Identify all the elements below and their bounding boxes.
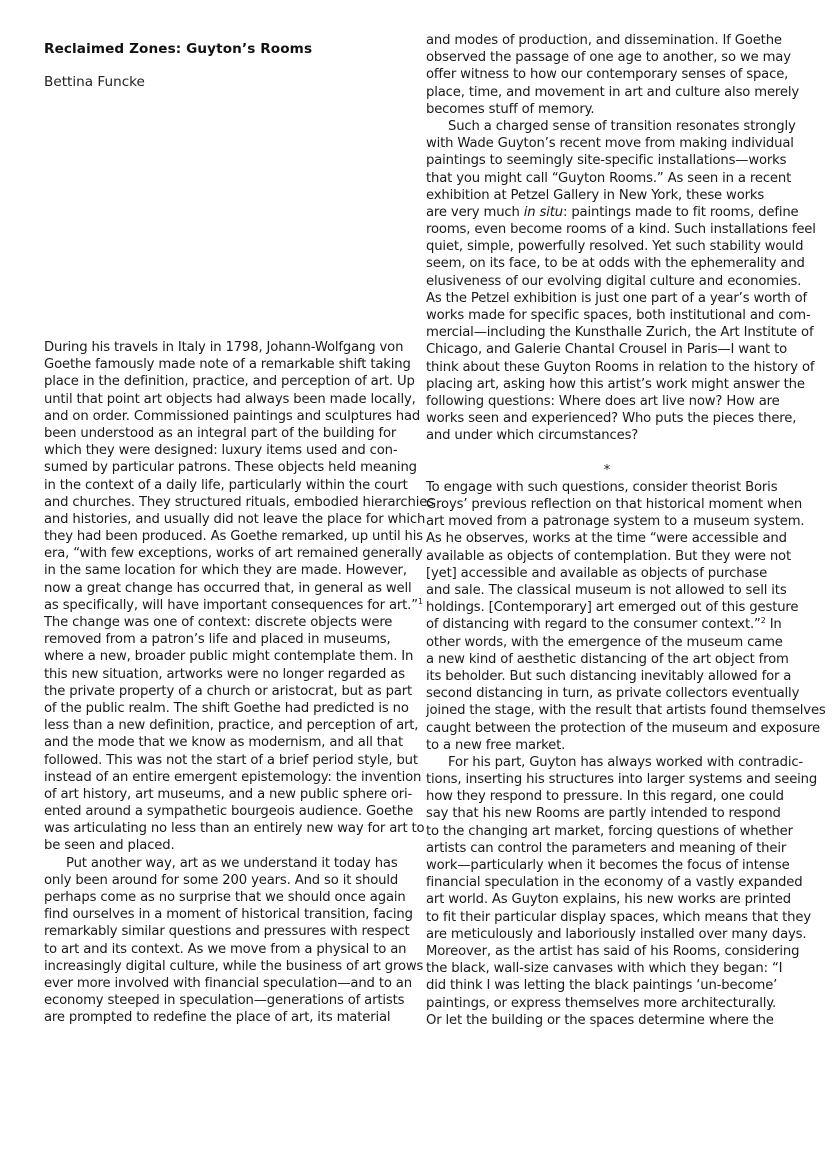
body-line: removed from a patron’s life and placed … xyxy=(44,631,414,648)
body-line: say that his new Rooms are partly intend… xyxy=(426,805,796,822)
body-line: work—particularly when it becomes the fo… xyxy=(426,857,796,874)
body-line-footnote: as specifically, will have important con… xyxy=(44,597,414,614)
body-line: with Wade Guyton’s recent move from maki… xyxy=(426,135,796,152)
body-line: paintings to seemingly site-specific ins… xyxy=(426,152,796,169)
body-line: was articulating no less than an entirel… xyxy=(44,820,414,837)
body-line: be seen and placed. xyxy=(44,837,414,854)
body-line: think about these Guyton Rooms in relati… xyxy=(426,359,796,376)
body-line: in the context of a daily life, particul… xyxy=(44,477,414,494)
right-column: and modes of production, and disseminati… xyxy=(426,32,796,1029)
body-line: works made for specific spaces, both ins… xyxy=(426,307,796,324)
body-line: Goethe famously made note of a remarkabl… xyxy=(44,356,414,373)
body-line: which they were designed: luxury items u… xyxy=(44,442,414,459)
body-line: As he observes, works at the time “were … xyxy=(426,530,796,547)
body-line: instead of an entire emergent epistemolo… xyxy=(44,769,414,786)
body-line: available as objects of contemplation. B… xyxy=(426,548,796,565)
body-line: place, time, and movement in art and cul… xyxy=(426,84,796,101)
body-line: and sale. The classical museum is not al… xyxy=(426,582,796,599)
body-line: to a new free market. xyxy=(426,737,796,754)
left-column: During his travels in Italy in 1798, Joh… xyxy=(44,339,414,1027)
body-line: and on order. Commissioned paintings and… xyxy=(44,408,414,425)
document-page: Reclaimed Zones: Guyton’s Rooms Bettina … xyxy=(0,0,832,1160)
body-line: the private property of a church or aris… xyxy=(44,683,414,700)
body-line: quiet, simple, powerfully resolved. Yet … xyxy=(426,238,796,255)
body-line: becomes stuff of memory. xyxy=(426,101,796,118)
body-line: economy steeped in speculation—generatio… xyxy=(44,992,414,1009)
body-line: other words, with the emergence of the m… xyxy=(426,634,796,651)
body-line: [yet] accessible and available as object… xyxy=(426,565,796,582)
body-line: ever more involved with financial specul… xyxy=(44,975,414,992)
body-line: and under which circumstances? xyxy=(426,427,796,444)
body-line: its beholder. But such distancing inevit… xyxy=(426,668,796,685)
body-line: elusiveness of our evolving digital cult… xyxy=(426,273,796,290)
body-line: Chicago, and Galerie Chantal Crousel in … xyxy=(426,341,796,358)
body-line: are prompted to redefine the place of ar… xyxy=(44,1009,414,1026)
body-line: second distancing in turn, as private co… xyxy=(426,685,796,702)
footnote-ref-1: 1 xyxy=(418,597,423,606)
body-line: the black, wall-size canvases with which… xyxy=(426,960,796,977)
italic-term: in situ xyxy=(524,205,563,220)
paragraph-start-line: For his part, Guyton has always worked w… xyxy=(426,754,796,771)
spacer xyxy=(426,445,796,462)
body-line: they had been produced. As Goethe remark… xyxy=(44,528,414,545)
body-line: offer witness to how our contemporary se… xyxy=(426,66,796,83)
body-line: era, “with few exceptions, works of art … xyxy=(44,545,414,562)
body-line: works seen and experienced? Who puts the… xyxy=(426,410,796,427)
body-line: placing art, asking how this artist’s wo… xyxy=(426,376,796,393)
section-break-asterisk: * xyxy=(426,462,788,479)
body-line: artists can control the parameters and m… xyxy=(426,840,796,857)
body-line: that you might call “Guyton Rooms.” As s… xyxy=(426,170,796,187)
body-line: Or let the building or the spaces determ… xyxy=(426,1012,796,1029)
body-line: sumed by particular patrons. These objec… xyxy=(44,459,414,476)
body-line: less than a new definition, practice, an… xyxy=(44,717,414,734)
body-line: financial speculation in the economy of … xyxy=(426,874,796,891)
body-line: of the public realm. The shift Goethe ha… xyxy=(44,700,414,717)
body-line-italic: are very much in situ: paintings made to… xyxy=(426,204,796,221)
body-line: to the changing art market, forcing ques… xyxy=(426,823,796,840)
body-line: To engage with such questions, consider … xyxy=(426,479,796,496)
body-line: During his travels in Italy in 1798, Joh… xyxy=(44,339,414,356)
body-line: Moreover, as the artist has said of his … xyxy=(426,943,796,960)
body-line: mercial—including the Kunsthalle Zurich,… xyxy=(426,324,796,341)
paragraph-start-line: Put another way, art as we understand it… xyxy=(44,855,414,872)
body-line: remarkably similar questions and pressur… xyxy=(44,923,414,940)
body-line: art moved from a patronage system to a m… xyxy=(426,513,796,530)
body-line: and modes of production, and disseminati… xyxy=(426,32,796,49)
body-line: find ourselves in a moment of historical… xyxy=(44,906,414,923)
body-line: in the same location for which they are … xyxy=(44,562,414,579)
body-line: caught between the protection of the mus… xyxy=(426,720,796,737)
article-author: Bettina Funcke xyxy=(44,74,145,90)
body-line: and the mode that we know as modernism, … xyxy=(44,734,414,751)
body-line: perhaps come as no surprise that we shou… xyxy=(44,889,414,906)
body-line: followed. This was not the start of a br… xyxy=(44,752,414,769)
body-line: only been around for some 200 years. And… xyxy=(44,872,414,889)
body-line: tions, inserting his structures into lar… xyxy=(426,771,796,788)
body-line: art world. As Guyton explains, his new w… xyxy=(426,891,796,908)
body-line: following questions: Where does art live… xyxy=(426,393,796,410)
body-line: to art and its context. As we move from … xyxy=(44,941,414,958)
body-line: did think I was letting the black painti… xyxy=(426,977,796,994)
body-line: where a new, broader public might contem… xyxy=(44,648,414,665)
body-line: place in the definition, practice, and p… xyxy=(44,373,414,390)
body-line: exhibition at Petzel Gallery in New York… xyxy=(426,187,796,204)
body-line: seem, on its face, to be at odds with th… xyxy=(426,255,796,272)
body-line: how they respond to pressure. In this re… xyxy=(426,788,796,805)
body-line: Groys’ previous reflection on that histo… xyxy=(426,496,796,513)
body-line: ented around a sympathetic bourgeois aud… xyxy=(44,803,414,820)
body-line: As the Petzel exhibition is just one par… xyxy=(426,290,796,307)
body-line: The change was one of context: discrete … xyxy=(44,614,414,631)
body-line: of art history, art museums, and a new p… xyxy=(44,786,414,803)
body-line: are meticulously and laboriously install… xyxy=(426,926,796,943)
body-line: increasingly digital culture, while the … xyxy=(44,958,414,975)
paragraph-start-line: Such a charged sense of transition reson… xyxy=(426,118,796,135)
body-line: and histories, and usually did not leave… xyxy=(44,511,414,528)
body-line: holdings. [Contemporary] art emerged out… xyxy=(426,599,796,616)
body-line: until that point art objects had always … xyxy=(44,391,414,408)
body-line: a new kind of aesthetic distancing of th… xyxy=(426,651,796,668)
body-line: joined the stage, with the result that a… xyxy=(426,702,796,719)
body-line: to fit their particular display spaces, … xyxy=(426,909,796,926)
body-line: this new situation, artworks were no lon… xyxy=(44,666,414,683)
body-line-footnote: of distancing with regard to the consume… xyxy=(426,616,796,633)
body-line: been understood as an integral part of t… xyxy=(44,425,414,442)
body-line: observed the passage of one age to anoth… xyxy=(426,49,796,66)
body-line: now a great change has occurred that, in… xyxy=(44,580,414,597)
body-line: paintings, or express themselves more ar… xyxy=(426,995,796,1012)
body-line: rooms, even become rooms of a kind. Such… xyxy=(426,221,796,238)
article-title: Reclaimed Zones: Guyton’s Rooms xyxy=(44,41,312,57)
body-line: and churches. They structured rituals, e… xyxy=(44,494,414,511)
